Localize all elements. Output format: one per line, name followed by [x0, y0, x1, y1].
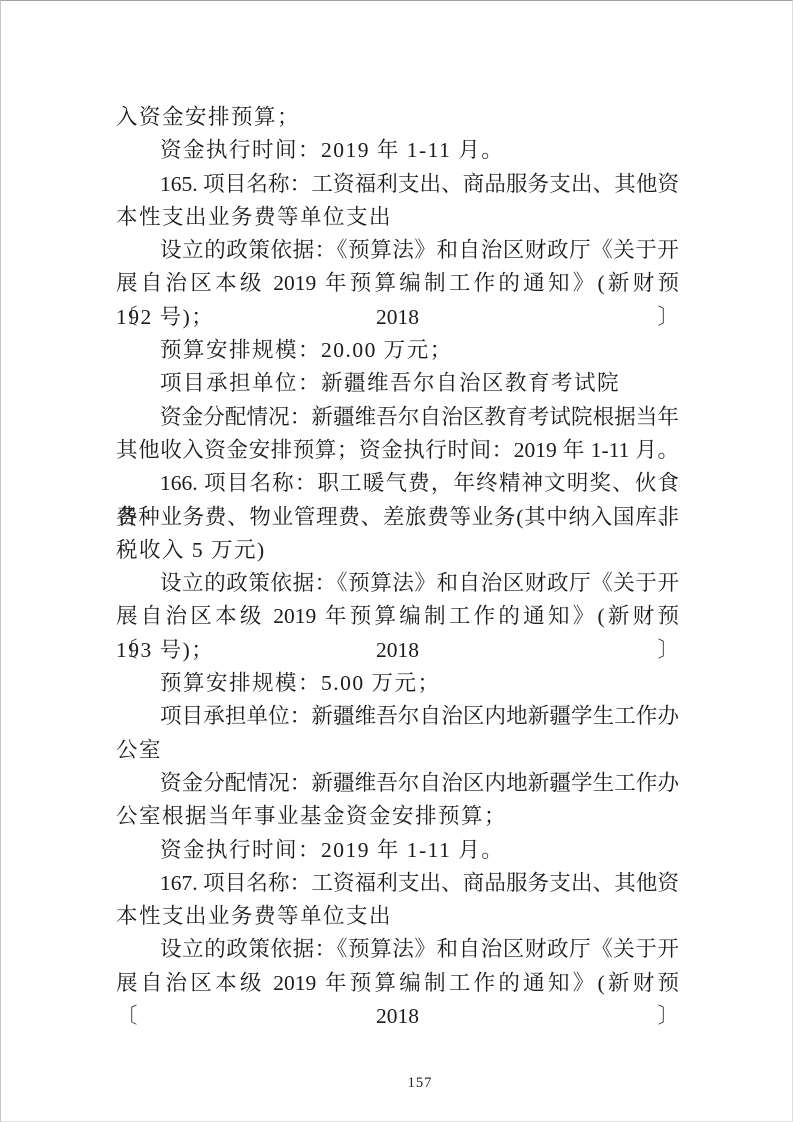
text-line: 入资金安排预算； — [116, 101, 679, 134]
text-line: 展自治区本级 2019 年预算编制工作的通知》(新财预〔2018〕 — [116, 967, 679, 1000]
text-line: 资金执行时间：2019 年 1-11 月。 — [116, 834, 679, 867]
text-line: 本性支出业务费等单位支出 — [116, 201, 679, 234]
text-line: 各种业务费、物业管理费、差旅费等业务(其中纳入国库非 — [116, 501, 679, 534]
text-line: 项目承担单位：新疆维吾尔自治区教育考试院 — [116, 367, 679, 400]
document-body: 入资金安排预算；资金执行时间：2019 年 1-11 月。165. 项目名称：工… — [116, 101, 679, 1000]
text-line: 资金分配情况：新疆维吾尔自治区内地新疆学生工作办 — [116, 767, 679, 800]
text-line: 166. 项目名称：职工暖气费，年终精神文明奖、伙食费、 — [116, 467, 679, 500]
text-line: 公室根据当年事业基金资金安排预算； — [116, 800, 679, 833]
text-line: 本性支出业务费等单位支出 — [116, 900, 679, 933]
page-number: 157 — [1, 1075, 793, 1092]
text-line: 设立的政策依据：《预算法》和自治区财政厅《关于开 — [116, 234, 679, 267]
text-line: 项目承担单位：新疆维吾尔自治区内地新疆学生工作办 — [116, 700, 679, 733]
text-line: 税收入 5 万元) — [116, 534, 679, 567]
text-line: 设立的政策依据：《预算法》和自治区财政厅《关于开 — [116, 933, 679, 966]
document-page: 入资金安排预算；资金执行时间：2019 年 1-11 月。165. 项目名称：工… — [0, 0, 793, 1122]
text-line: 展自治区本级 2019 年预算编制工作的通知》(新财预〔2018〕 — [116, 600, 679, 633]
text-line: 167. 项目名称：工资福利支出、商品服务支出、其他资 — [116, 867, 679, 900]
text-line: 公室 — [116, 734, 679, 767]
text-line: 资金执行时间：2019 年 1-11 月。 — [116, 134, 679, 167]
text-line: 预算安排规模：5.00 万元； — [116, 667, 679, 700]
text-line: 165. 项目名称：工资福利支出、商品服务支出、其他资 — [116, 168, 679, 201]
text-line: 其他收入资金安排预算；资金执行时间：2019 年 1-11 月。 — [116, 434, 679, 467]
text-line: 预算安排规模：20.00 万元； — [116, 334, 679, 367]
text-line: 资金分配情况：新疆维吾尔自治区教育考试院根据当年 — [116, 401, 679, 434]
text-line: 设立的政策依据：《预算法》和自治区财政厅《关于开 — [116, 567, 679, 600]
text-line: 展自治区本级 2019 年预算编制工作的通知》(新财预〔2018〕 — [116, 267, 679, 300]
